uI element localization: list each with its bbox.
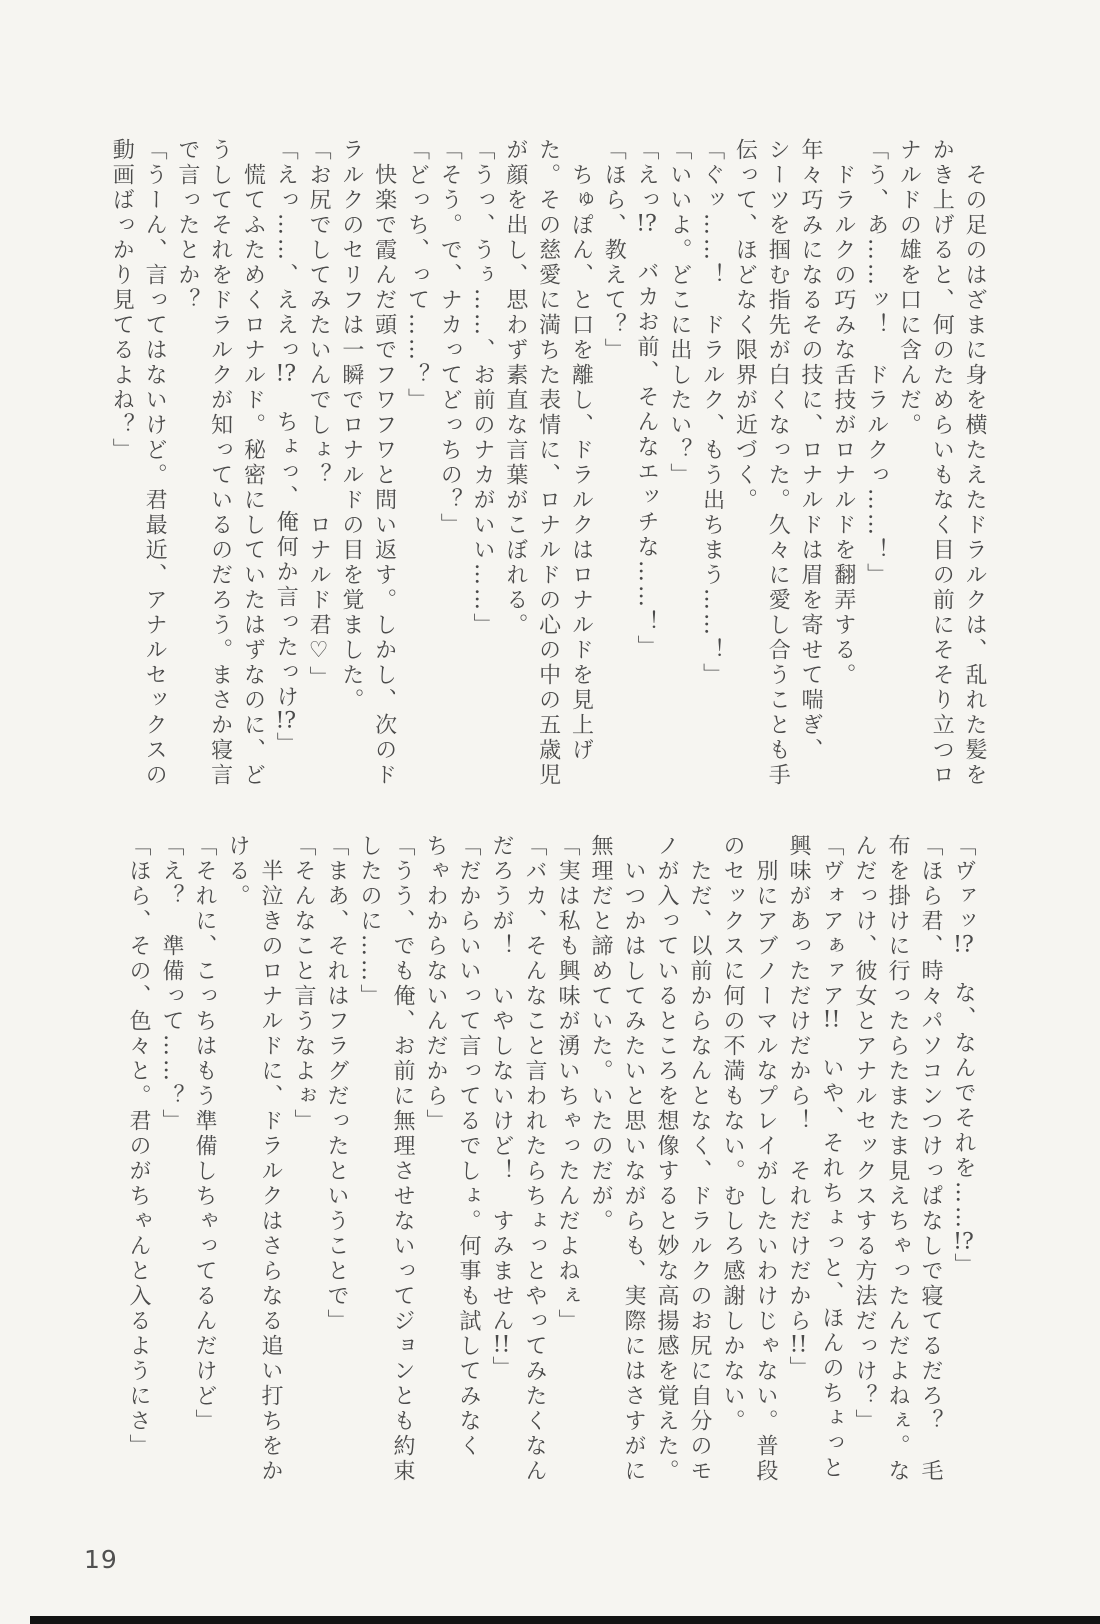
text-line: ちゅぽん、と口を離し、ドラルクはロナルドを見上げ [564, 138, 597, 830]
text-line: 動画ばっかり見てるよね？」 [104, 138, 137, 830]
text-line: 「ぐッ……！ ドラルク、もう出ちまう……！」 [695, 138, 728, 830]
text-line: かき上げると、何のためらいもなく目の前にそそり立つロ [924, 138, 957, 830]
page: その足のはざまに身を横たえたドラルクは、乱れた髪をかき上げると、何のためらいもな… [0, 0, 1100, 1624]
text-line: ラルクのセリフは一瞬でロナルドの目を覚ました。 [334, 138, 367, 830]
tate-chu-yoko: !? [273, 363, 298, 385]
tate-chu-yoko: !? [951, 934, 976, 956]
tate-chu-yoko: !? [951, 1231, 976, 1253]
text-line: 「ヴァッ!? な、なんでそれを……!?」 [947, 834, 980, 1526]
text-line: 「うーん、言ってはないけど。君最近、アナルセックスの [137, 138, 170, 830]
tate-chu-yoko: !! [489, 1334, 514, 1356]
bottom-edge-bar [30, 1616, 1100, 1624]
text-line: 「ヴォアぁァア!! いや、それちょっと、ほんのちょっと [815, 834, 848, 1526]
top-text-block: その足のはざまに身を横たえたドラルクは、乱れた髪をかき上げると、何のためらいもな… [104, 138, 990, 830]
text-line: 「いいよ。どこに出したい？」 [662, 138, 695, 830]
text-line: 「そう。で、ナカってどっちの？」 [432, 138, 465, 830]
text-line: ける。 [221, 834, 254, 1526]
text-line: のセックスに何の不満もない。むしろ感謝しかない。 [716, 834, 749, 1526]
text-line: が顔を出し、思わず素直な言葉がこぼれる。 [498, 138, 531, 830]
text-line: 慌てふためくロナルド。秘密にしていたはずなのに、ど [236, 138, 269, 830]
text-line: いつかはしてみたいと思いながらも、実際にはさすがに [617, 834, 650, 1526]
text-line: 「そんなこと言うなよぉ」 [287, 834, 320, 1526]
text-line: 「うう、でも俺、お前に無理させないってジョンとも約束 [386, 834, 419, 1526]
text-line: 「お尻でしてみたいんでしょ？ ロナルド君♡」 [301, 138, 334, 830]
text-line: 半泣きのロナルドに、ドラルクはさらなる追い打ちをか [254, 834, 287, 1526]
text-line: 「それに、こっちはもう準備しちゃってるんだけど」 [188, 834, 221, 1526]
text-line: 興味があっただけだから！ それだけだから!!」 [782, 834, 815, 1526]
text-line: んだっけ、彼女とアナルセックスする方法だっけ？」 [848, 834, 881, 1526]
tate-chu-yoko: !! [819, 1009, 844, 1031]
text-line: 「ほら君、時々パソコンつけっぱなしで寝てるだろ？ 毛 [914, 834, 947, 1526]
text-line: ちゃわからないんだから」 [419, 834, 452, 1526]
text-line: 「うっ、うぅ……、お前のナカがいい……」 [465, 138, 498, 830]
text-line: 「えっ……、ええっ!? ちょっ、俺何か言ったっけ!?」 [268, 138, 301, 830]
text-line: で言ったとか？ [170, 138, 203, 830]
text-line: 快楽で霞んだ頭でフワフワと問い返す。しかし、次のド [367, 138, 400, 830]
text-line: 無理だと諦めていた。いたのだが。 [584, 834, 617, 1526]
text-line: 「ほら、その、色々と。君のがちゃんと入るようにさ」 [122, 834, 155, 1526]
text-line: 別にアブノーマルなプレイがしたいわけじゃない。普段 [749, 834, 782, 1526]
text-line: 「バカ、そんなこと言われたらちょっとやってみたくなん [518, 834, 551, 1526]
page-number: 19 [84, 1545, 118, 1574]
tate-chu-yoko: !! [786, 1334, 811, 1356]
text-line: その足のはざまに身を横たえたドラルクは、乱れた髪を [957, 138, 990, 830]
text-line: シーツを掴む指先が白くなった。久々に愛し合うことも手 [760, 138, 793, 830]
text-line: したのに……」 [353, 834, 386, 1526]
text-line: 「ほら、教えて？」 [596, 138, 629, 830]
text-line: 「だからいいって言ってるでしょ。何事も試してみなく [452, 834, 485, 1526]
text-line: 布を掛けに行ったらたまたま見えちゃったんだよねぇ。な [881, 834, 914, 1526]
text-line: た。その慈愛に満ちた表情に、ロナルドの心の中の五歳児 [531, 138, 564, 830]
text-line: だろうが！ いやしないけど！ すみません!!」 [485, 834, 518, 1526]
text-line: 「どっち、って……？」 [400, 138, 433, 830]
text-line: 年々巧みになるその技に、ロナルドは眉を寄せて喘ぎ、 [793, 138, 826, 830]
text-line: うしてそれをドラルクが知っているのだろう。まさか寝言 [203, 138, 236, 830]
text-line: ただ、以前からなんとなく、ドラルクのお尻に自分のモ [683, 834, 716, 1526]
bottom-text-block: 「ヴァッ!? な、なんでそれを……!?」「ほら君、時々パソコンつけっぱなしで寝て… [122, 834, 980, 1526]
text-line: ドラルクの巧みな舌技がロナルドを翻弄する。 [826, 138, 859, 830]
text-line: 「実は私も興味が湧いちゃったんだよねぇ」 [551, 834, 584, 1526]
text-line: 「え？ 準備って……？」 [155, 834, 188, 1526]
text-line: 「まあ、それはフラグだったということで」 [320, 834, 353, 1526]
text-line: 伝って、ほどなく限界が近づく。 [728, 138, 761, 830]
text-line: ナルドの雄を口に含んだ。 [892, 138, 925, 830]
text-line: 「う、あ……ッ！ ドラルクっ……！」 [859, 138, 892, 830]
text-line: 「えっ!? バカお前、そんなエッチな……！」 [629, 138, 662, 830]
text-line: ノが入っているところを想像すると妙な高揚感を覚えた。 [650, 834, 683, 1526]
tate-chu-yoko: !? [273, 710, 298, 732]
tate-chu-yoko: !? [634, 213, 659, 235]
